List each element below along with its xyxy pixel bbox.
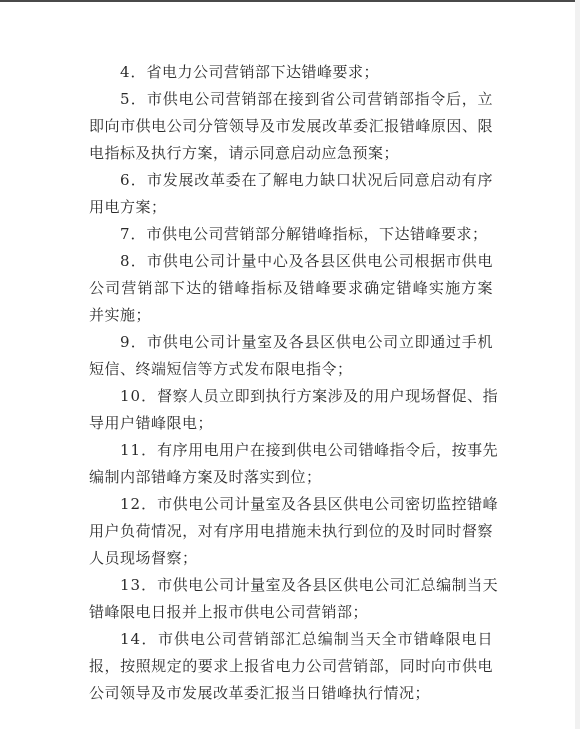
line-text: 编制内部错峰方案及时落实到位；: [89, 468, 322, 486]
text-line: 即向市供电公司分管领导及市发展改革委汇报错峰原因、限: [89, 113, 493, 140]
step-number: 10．: [120, 387, 157, 405]
line-text: 短信、终端短信等方式发布限电指令；: [89, 360, 353, 378]
line-text: 市供电公司计量中心及各县区供电公司根据市供电: [147, 252, 493, 270]
line-text: 市供电公司计量室及各县区供电公司密切监控错峰: [157, 495, 498, 513]
page-right-edge: [575, 0, 580, 729]
line-text: 市发展改革委在了解电力缺口状况后同意启动有序: [147, 171, 493, 189]
line-text: 即向市供电公司分管领导及市发展改革委汇报错峰原因、限: [89, 117, 493, 135]
text-line: 电指标及执行方案，请示同意启动应急预案；: [89, 140, 493, 167]
line-text: 市供电公司营销部汇总编制当天全市错峰限电日: [158, 630, 493, 648]
list-item-step-10: 10．督察人员立即到执行方案涉及的用户现场督促、指导用户错峰限电；: [89, 383, 493, 437]
list-item-step-7: 7．市供电公司营销部分解错峰指标，下达错峰要求；: [89, 221, 493, 248]
text-line: 编制内部错峰方案及时落实到位；: [89, 464, 493, 491]
step-number: 14．: [120, 630, 158, 648]
document-page: 4．省电力公司营销部下达错峰要求；5．市供电公司营销部在接到省公司营销部指令后，…: [89, 59, 493, 707]
text-line: 报，按照规定的要求上报省电力公司营销部，同时向市供电: [89, 653, 493, 680]
text-line: 13．市供电公司计量室及各县区供电公司汇总编制当天: [89, 572, 493, 599]
step-number: 6．: [120, 171, 147, 189]
text-line: 4．省电力公司营销部下达错峰要求；: [89, 59, 493, 86]
text-line: 12．市供电公司计量室及各县区供电公司密切监控错峰: [89, 491, 493, 518]
line-text: 用户负荷情况，对有序用电措施未执行到位的及时同时督察: [89, 522, 493, 540]
step-number: 7．: [120, 225, 147, 243]
line-text: 市供电公司计量室及各县区供电公司汇总编制当天: [157, 576, 498, 594]
list-item-step-9: 9．市供电公司计量室及各县区供电公司立即通过手机短信、终端短信等方式发布限电指令…: [89, 329, 493, 383]
text-line: 14．市供电公司营销部汇总编制当天全市错峰限电日: [89, 626, 493, 653]
text-line: 用户负荷情况，对有序用电措施未执行到位的及时同时督察: [89, 518, 493, 545]
step-number: 13．: [120, 576, 157, 594]
list-item-step-11: 11．有序用电用户在接到供电公司错峰指令后，按事先编制内部错峰方案及时落实到位；: [89, 437, 493, 491]
page-top-border: [0, 0, 580, 2]
list-item-step-4: 4．省电力公司营销部下达错峰要求；: [89, 59, 493, 86]
text-line: 错峰限电日报并上报市供电公司营销部；: [89, 599, 493, 626]
list-item-step-6: 6．市发展改革委在了解电力缺口状况后同意启动有序用电方案；: [89, 167, 493, 221]
line-text: 报，按照规定的要求上报省电力公司营销部，同时向市供电: [89, 657, 493, 675]
text-line: 公司领导及市发展改革委汇报当日错峰执行情况；: [89, 680, 493, 707]
line-text: 督察人员立即到执行方案涉及的用户现场督促、指: [157, 387, 498, 405]
line-text: 市供电公司营销部分解错峰指标，下达错峰要求；: [147, 225, 488, 243]
list-item-step-8: 8．市供电公司计量中心及各县区供电公司根据市供电公司营销部下达的错峰指标及错峰要…: [89, 248, 493, 329]
line-text: 导用户错峰限电；: [89, 414, 213, 432]
step-number: 5．: [120, 90, 147, 108]
text-line: 7．市供电公司营销部分解错峰指标，下达错峰要求；: [89, 221, 493, 248]
text-line: 9．市供电公司计量室及各县区供电公司立即通过手机: [89, 329, 493, 356]
list-item-step-13: 13．市供电公司计量室及各县区供电公司汇总编制当天错峰限电日报并上报市供电公司营…: [89, 572, 493, 626]
step-number: 9．: [120, 333, 147, 351]
text-line: 用电方案；: [89, 194, 493, 221]
list-item-step-14: 14．市供电公司营销部汇总编制当天全市错峰限电日报，按照规定的要求上报省电力公司…: [89, 626, 493, 707]
text-line: 导用户错峰限电；: [89, 410, 493, 437]
text-line: 5．市供电公司营销部在接到省公司营销部指令后，立: [89, 86, 493, 113]
list-item-step-5: 5．市供电公司营销部在接到省公司营销部指令后，立即向市供电公司分管领导及市发展改…: [89, 86, 493, 167]
text-line: 6．市发展改革委在了解电力缺口状况后同意启动有序: [89, 167, 493, 194]
text-line: 并实施；: [89, 302, 493, 329]
line-text: 用电方案；: [89, 198, 167, 216]
text-line: 短信、终端短信等方式发布限电指令；: [89, 356, 493, 383]
line-text: 错峰限电日报并上报市供电公司营销部；: [89, 603, 368, 621]
list-item-step-12: 12．市供电公司计量室及各县区供电公司密切监控错峰用户负荷情况，对有序用电措施未…: [89, 491, 493, 572]
line-text: 省电力公司营销部下达错峰要求；: [147, 63, 380, 81]
step-number: 12．: [120, 495, 157, 513]
line-text: 市供电公司营销部在接到省公司营销部指令后，立: [147, 90, 493, 108]
line-text: 并实施；: [89, 306, 151, 324]
step-number: 8．: [120, 252, 147, 270]
text-line: 公司营销部下达的错峰指标及错峰要求确定错峰实施方案: [89, 275, 493, 302]
line-text: 电指标及执行方案，请示同意启动应急预案；: [89, 144, 399, 162]
line-text: 有序用电用户在接到供电公司错峰指令后，按事先: [157, 441, 498, 459]
text-line: 人员现场督察；: [89, 545, 493, 572]
line-text: 公司营销部下达的错峰指标及错峰要求确定错峰实施方案: [89, 279, 493, 297]
step-number: 11．: [120, 441, 157, 459]
text-line: 10．督察人员立即到执行方案涉及的用户现场督促、指: [89, 383, 493, 410]
text-line: 11．有序用电用户在接到供电公司错峰指令后，按事先: [89, 437, 493, 464]
text-line: 8．市供电公司计量中心及各县区供电公司根据市供电: [89, 248, 493, 275]
line-text: 公司领导及市发展改革委汇报当日错峰执行情况；: [89, 684, 430, 702]
line-text: 市供电公司计量室及各县区供电公司立即通过手机: [147, 333, 493, 351]
line-text: 人员现场督察；: [89, 549, 198, 567]
step-number: 4．: [120, 63, 147, 81]
